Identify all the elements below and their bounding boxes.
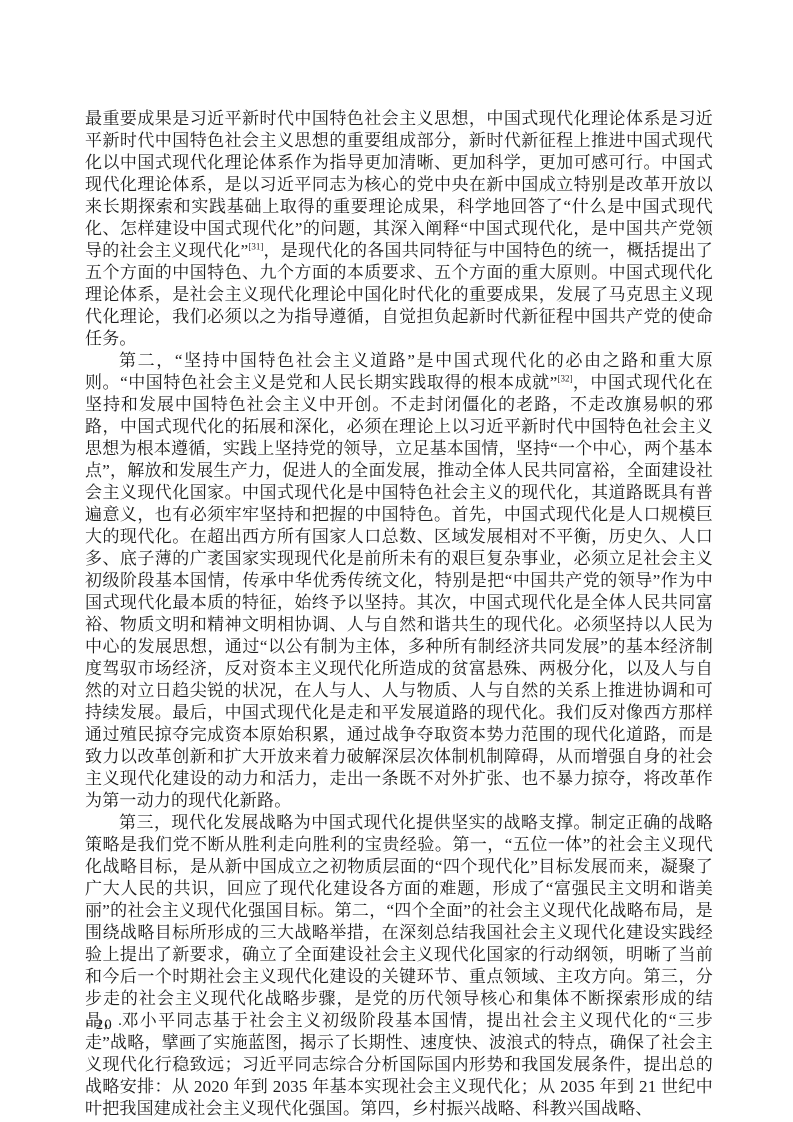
paragraph-continuation: 最重要成果是习近平新时代中国特色社会主义思想，中国式现代化理论体系是习近平新时代… xyxy=(85,108,713,350)
paragraph-second-point: 第二，“坚持中国特色社会主义道路”是中国式现代化的必由之路和重大原则。“中国特色… xyxy=(85,350,713,812)
text-block: 最重要成果是习近平新时代中国特色社会主义思想，中国式现代化理论体系是习近平新时代… xyxy=(85,108,713,1120)
paragraph-text: 第三，现代化发展战略为中国式现代化提供坚实的战略支撑。制定正确的战略策略是我们党… xyxy=(85,813,713,1118)
paragraph-text: 最重要成果是习近平新时代中国特色社会主义思想，中国式现代化理论体系是习近平新时代… xyxy=(85,109,713,260)
footnote-ref-31: [31] xyxy=(248,241,263,251)
footnote-ref-32: [32] xyxy=(557,373,572,383)
page-number: · 20 · xyxy=(85,1014,124,1036)
paragraph-third-point: 第三，现代化发展战略为中国式现代化提供坚实的战略支撑。制定正确的战略策略是我们党… xyxy=(85,812,713,1120)
document-page: 最重要成果是习近平新时代中国特色社会主义思想，中国式现代化理论体系是习近平新时代… xyxy=(0,0,793,1122)
paragraph-text: ，中国式现代化在坚持和发展中国特色社会主义中开创。不走封闭僵化的老路，不走改旗易… xyxy=(85,373,713,810)
